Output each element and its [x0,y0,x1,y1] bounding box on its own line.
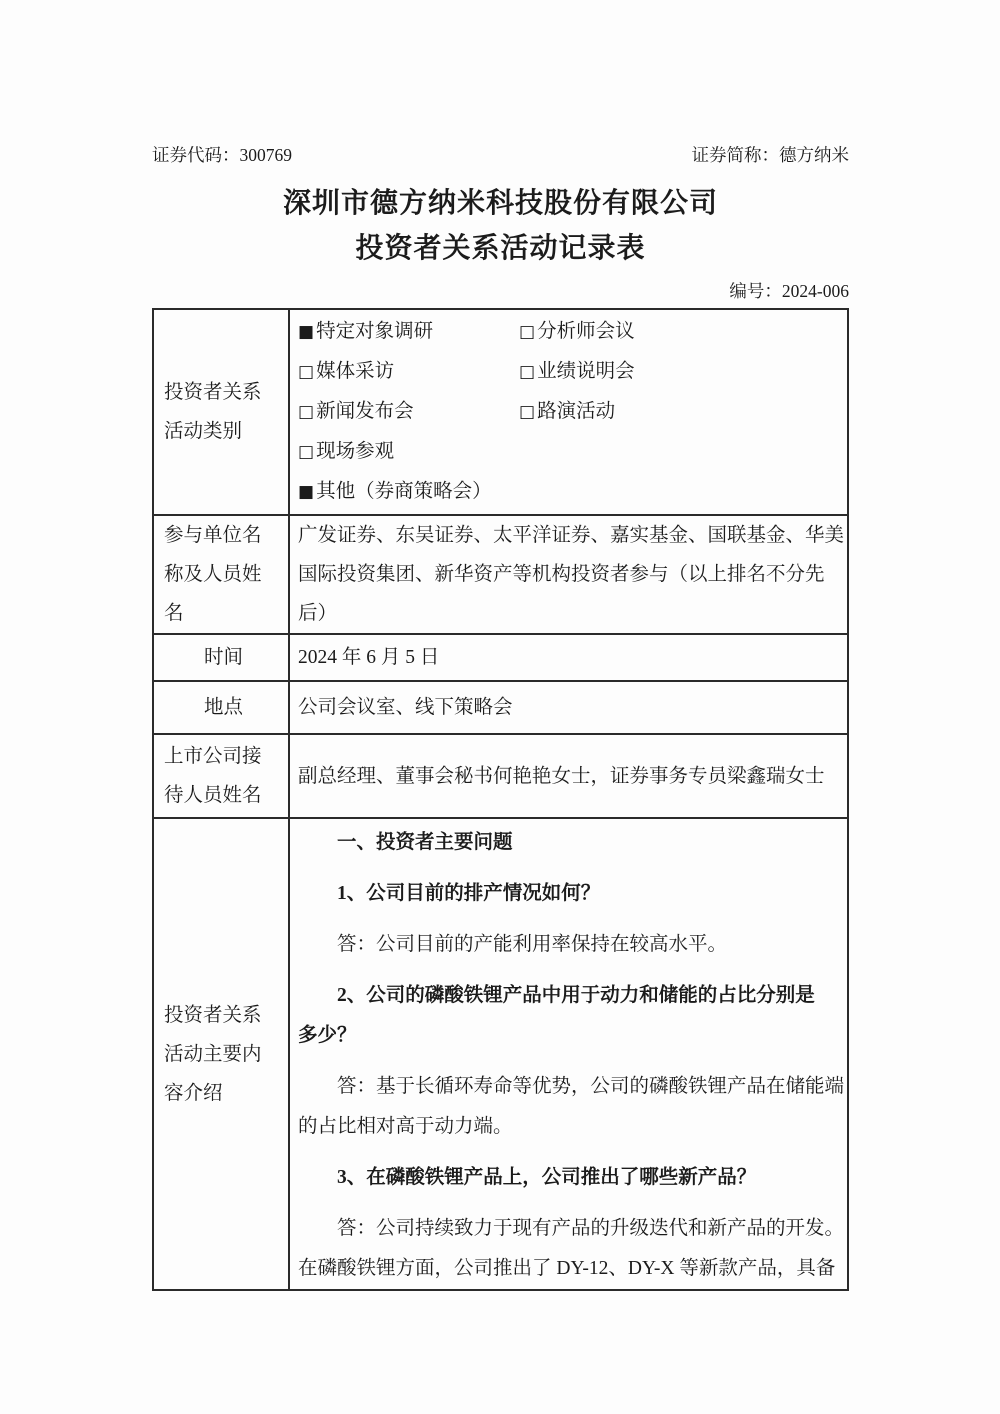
activity-option-label: 分析师会议 [537,312,635,352]
activity-option-label: 现场参观 [316,432,394,472]
page-title: 投资者关系活动记录表 [152,233,849,265]
stock-code: 证券代码：300769 [152,144,292,166]
location-text: 公司会议室、线下策略会 [290,682,847,733]
row-label-receivers: 上市公司接 待人员姓名 [154,735,290,817]
checkbox-checked-icon: ■ [298,484,314,501]
answer-2: 答：基于长循环寿命等优势，公司的磷酸铁锂产品在储能端 的占比相对高于动力端。 [298,1067,845,1147]
activity-option-label: 特定对象调研 [316,312,433,352]
section-heading: 一、投资者主要问题 [298,823,845,863]
investor-relations-record: 证券代码：300769 证券简称：德方纳米 深圳市德方纳米科技股份有限公司 投资… [152,0,849,1291]
activity-option: ■ 特定对象调研 [298,312,519,352]
row-label-time: 时间 [154,635,290,680]
activity-option-line: ■ 特定对象调研 □ 分析师会议 [298,312,847,352]
activity-option-line: □ 现场参观 [298,432,847,472]
table-row-main-content: 投资者关系 活动主要内 容介绍 一、投资者主要问题 1、公司目前的排产情况如何？… [154,819,847,1289]
row-label-main-content: 投资者关系 活动主要内 容介绍 [154,819,290,1289]
row-label-location: 地点 [154,682,290,733]
checkbox-unchecked-icon: □ [298,404,314,421]
activity-option-line: □ 新闻发布会 □ 路演活动 [298,392,847,432]
answer-3: 答：公司持续致力于现有产品的升级迭代和新产品的开发。 在磷酸铁锂方面，公司推出了… [298,1209,845,1289]
company-title: 深圳市德方纳米科技股份有限公司 [152,188,849,220]
record-table: 投资者关系 活动类别 ■ 特定对象调研 □ 分析师会议 [152,308,849,1291]
activity-option-line: ■ 其他（券商策略会） [298,472,847,512]
main-content-text: 一、投资者主要问题 1、公司目前的排产情况如何？ 答：公司目前的产能利用率保持在… [290,819,847,1289]
checkbox-checked-icon: ■ [298,324,314,341]
question-3: 3、在磷酸铁锂产品上，公司推出了哪些新产品？ [298,1158,845,1198]
activity-option: □ 业绩说明会 [519,352,635,392]
question-2: 2、公司的磷酸铁锂产品中用于动力和储能的占比分别是 多少？ [298,976,845,1056]
stock-abbr: 证券简称：德方纳米 [692,144,850,166]
table-row-receivers: 上市公司接 待人员姓名 副总经理、董事会秘书何艳艳女士，证券事务专员梁鑫瑞女士 [154,735,847,819]
checkbox-unchecked-icon: □ [298,444,314,461]
activity-option-line: □ 媒体采访 □ 业绩说明会 [298,352,847,392]
activity-option: □ 媒体采访 [298,352,519,392]
activity-option-label: 业绩说明会 [537,352,635,392]
receivers-text: 副总经理、董事会秘书何艳艳女士，证券事务专员梁鑫瑞女士 [290,735,847,817]
row-label-activity-type: 投资者关系 活动类别 [154,310,290,514]
checkbox-unchecked-icon: □ [298,364,314,381]
activity-option: □ 路演活动 [519,392,615,432]
activity-option: ■ 其他（券商策略会） [298,472,519,512]
activity-type-options: ■ 特定对象调研 □ 分析师会议 □ 媒体采访 [290,310,847,514]
activity-option-label: 路演活动 [537,392,615,432]
row-label-participants: 参与单位名 称及人员姓 名 [154,516,290,633]
document-number: 编号：2024-006 [152,280,849,302]
question-1: 1、公司目前的排产情况如何？ [298,874,845,914]
activity-option-label: 其他（券商策略会） [316,472,492,512]
table-row-participants: 参与单位名 称及人员姓 名 广发证券、东吴证券、太平洋证券、嘉实基金、国联基金、… [154,516,847,635]
activity-option-label: 媒体采访 [316,352,394,392]
time-text: 2024 年 6 月 5 日 [290,635,847,680]
table-row-time: 时间 2024 年 6 月 5 日 [154,635,847,682]
activity-option: □ 分析师会议 [519,312,635,352]
checkbox-unchecked-icon: □ [519,404,535,421]
activity-option-label: 新闻发布会 [316,392,414,432]
document-page: 证券代码：300769 证券简称：德方纳米 深圳市德方纳米科技股份有限公司 投资… [0,0,1000,1414]
activity-option: □ 现场参观 [298,432,519,472]
checkbox-unchecked-icon: □ [519,324,535,341]
table-row-location: 地点 公司会议室、线下策略会 [154,682,847,735]
table-row-activity-type: 投资者关系 活动类别 ■ 特定对象调研 □ 分析师会议 [154,310,847,516]
header-meta-row: 证券代码：300769 证券简称：德方纳米 [152,144,849,166]
participants-text: 广发证券、东吴证券、太平洋证券、嘉实基金、国联基金、华美 国际投资集团、新华资产… [290,516,847,633]
activity-option: □ 新闻发布会 [298,392,519,432]
answer-1: 答：公司目前的产能利用率保持在较高水平。 [298,925,845,965]
checkbox-unchecked-icon: □ [519,364,535,381]
